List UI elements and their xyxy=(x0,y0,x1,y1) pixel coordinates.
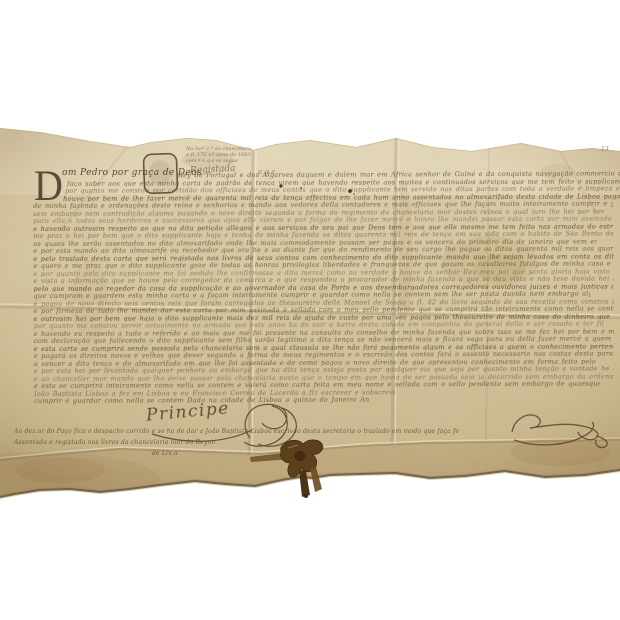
endorsement-line: de Lix.a xyxy=(152,450,222,459)
endorsement-line: Assentada e registada nos livros da chan… xyxy=(14,439,249,448)
manuscript-lines: Rey de Portugal e dos Algarves daquem e … xyxy=(33,169,614,404)
folio-number: 13 xyxy=(601,146,609,153)
annotation-line: com.ª o q.e se segue xyxy=(186,158,294,164)
chancery-annotations: No liv.º 2.º da chancelaria a fl. 172 v.… xyxy=(186,146,294,165)
endorsement-line: Ao dez.or do Paço fica o despacho corrid… xyxy=(14,428,466,437)
manuscript-photo: D om Pedro por graça de Deos 13 No liv.º… xyxy=(0,0,620,620)
